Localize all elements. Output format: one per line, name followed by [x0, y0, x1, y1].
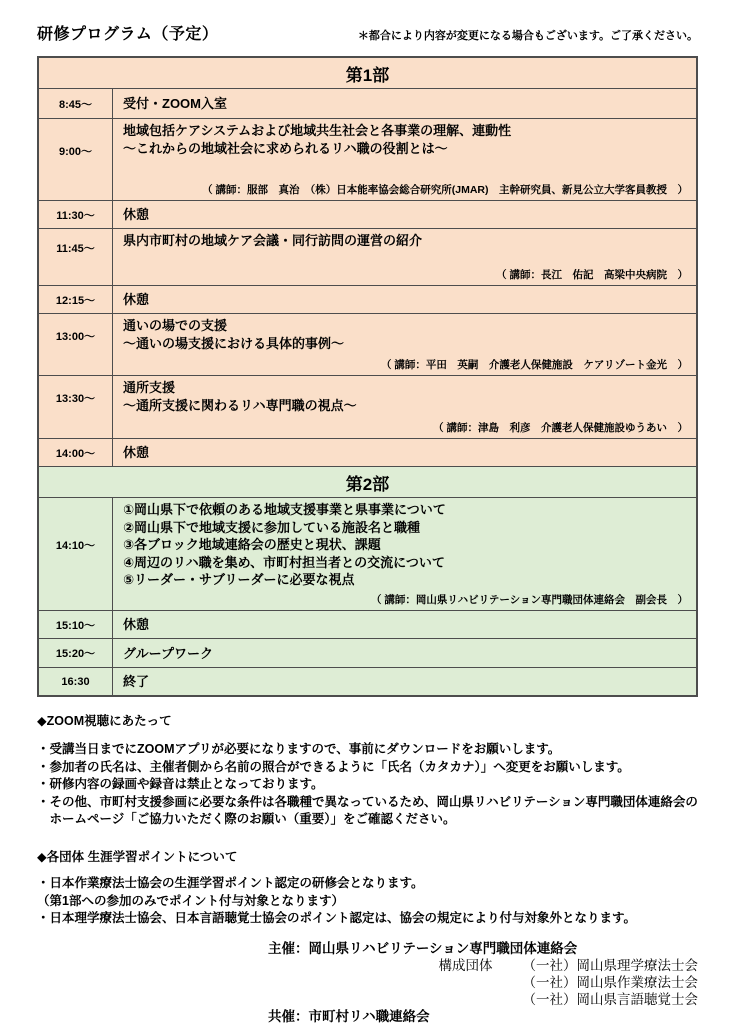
time-cell: 11:30～: [39, 201, 113, 228]
zoom-note-line: ・受講当日までにZOOMアプリが必要になりますので、事前にダウンロードをお願いし…: [37, 741, 698, 759]
member-org: （一社）岡山県言語聴覚士会: [268, 991, 698, 1008]
session-title: 受付・ZOOM入室: [123, 95, 690, 113]
content-cell: 通所支援～通所支援に関わるリハ専門職の視点～（ 講師：津島 利彦 介護老人保健施…: [113, 376, 696, 438]
time-cell: 16:30: [39, 668, 113, 695]
session-title-line: ③各ブロック地域連絡会の歴史と現状、課題: [123, 536, 690, 554]
member-orgs-label: 構成団体: [439, 957, 493, 974]
content-cell: 受付・ZOOM入室: [113, 89, 696, 118]
time-cell: 13:00～: [39, 314, 113, 375]
session-title-line: 通いの場での支援: [123, 317, 690, 335]
session-title-line: 通所支援: [123, 379, 690, 397]
content-cell: ①岡山県下で依頼のある地域支援事業と県事業について②岡山県下で地域支援に参加して…: [113, 498, 696, 610]
session-title: 通いの場での支援～通いの場支援における具体的事例～: [123, 317, 690, 352]
time-cell: 8:45～: [39, 89, 113, 118]
member-org: （一社）岡山県理学療法士会: [523, 957, 699, 974]
zoom-note-line: ・研修内容の録画や録音は禁止となっております。: [37, 776, 698, 794]
content-cell: 地域包括ケアシステムおよび地域共生社会と各事業の理解、連動性～これからの地域社会…: [113, 119, 696, 200]
session-title-line: ～通いの場支援における具体的事例～: [123, 335, 690, 353]
program-table: 第1部8:45～受付・ZOOM入室9:00～地域包括ケアシステムおよび地域共生社…: [37, 56, 698, 697]
document-header: 研修プログラム（予定） ＊都合により内容が変更になる場合もございます。ご了承くだ…: [37, 20, 698, 44]
session-title-line: ⑤リーダー・サブリーダーに必要な視点: [123, 571, 690, 589]
schedule-row: 15:10～休憩: [39, 610, 696, 638]
session-title: 県内市町村の地域ケア会議・同行訪問の運営の紹介: [123, 232, 690, 250]
speaker-line: （ 講師：長江 佑記 高梁中央病院 ）: [123, 268, 690, 283]
time-cell: 14:00～: [39, 439, 113, 466]
session-title: 休憩: [123, 444, 690, 462]
section-header: 第1部: [39, 58, 696, 88]
zoom-section-heading: ◆ZOOM視聴にあたって: [37, 711, 698, 729]
points-section-heading: ◆各団体 生涯学習ポイントについて: [37, 847, 698, 865]
change-notice: ＊都合により内容が変更になる場合もございます。ご了承ください。: [358, 27, 698, 44]
content-cell: 終了: [113, 668, 696, 695]
session-title: ①岡山県下で依頼のある地域支援事業と県事業について②岡山県下で地域支援に参加して…: [123, 501, 690, 589]
time-cell: 9:00～: [39, 119, 113, 200]
member-org: （一社）岡山県作業療法士会: [268, 974, 698, 991]
zoom-note-line: ・参加者の氏名は、主催者側から名前の照合ができるように「氏名（カタカナ）」へ変更…: [37, 759, 698, 777]
session-title-line: 休憩: [123, 444, 690, 462]
session-title-line: 地域包括ケアシステムおよび地域共生社会と各事業の理解、連動性: [123, 122, 690, 140]
session-title-line: ①岡山県下で依頼のある地域支援事業と県事業について: [123, 501, 690, 519]
speaker-line: （ 講師：平田 英嗣 介護老人保健施設 ケアリゾート金光 ）: [123, 358, 690, 373]
time-cell: 12:15～: [39, 286, 113, 313]
zoom-note-line: ・その他、市町村支援参画に必要な条件は各職種で異なっているため、岡山県リハビリテ…: [37, 794, 698, 812]
session-title: 地域包括ケアシステムおよび地域共生社会と各事業の理解、連動性～これからの地域社会…: [123, 122, 690, 157]
session-title: 休憩: [123, 206, 690, 224]
session-title: 休憩: [123, 291, 690, 309]
session-title-line: グループワーク: [123, 645, 690, 663]
cohost-line: 共催：市町村リハ職連絡会: [268, 1008, 698, 1024]
section-header: 第2部: [39, 466, 696, 497]
content-cell: 休憩: [113, 286, 696, 313]
time-cell: 15:10～: [39, 611, 113, 638]
session-title-line: 受付・ZOOM入室: [123, 95, 690, 113]
points-note-line: ・日本理学療法士協会、日本言語聴覚士協会のポイント認定は、協会の規定により付与対…: [37, 910, 698, 928]
session-title-line: 終了: [123, 673, 690, 691]
schedule-row: 14:00～休憩: [39, 438, 696, 466]
session-title-line: ～これからの地域社会に求められるリハ職の役割とは～: [123, 140, 690, 158]
session-title: 通所支援～通所支援に関わるリハ専門職の視点～: [123, 379, 690, 414]
session-title: 終了: [123, 673, 690, 691]
schedule-row: 13:30～通所支援～通所支援に関わるリハ専門職の視点～（ 講師：津島 利彦 介…: [39, 375, 696, 438]
schedule-row: 14:10～①岡山県下で依頼のある地域支援事業と県事業について②岡山県下で地域支…: [39, 497, 696, 610]
content-cell: 休憩: [113, 439, 696, 466]
session-title: 休憩: [123, 616, 690, 634]
content-cell: 休憩: [113, 611, 696, 638]
page-title: 研修プログラム（予定）: [37, 21, 218, 44]
time-cell: 14:10～: [39, 498, 113, 610]
session-title-line: ④周辺のリハ職を集め、市町村担当者との交流について: [123, 554, 690, 572]
points-section-lines: ・日本作業療法士協会の生涯学習ポイント認定の研修会となります。 （第1部への参加…: [37, 875, 698, 928]
content-cell: 通いの場での支援～通いの場支援における具体的事例～（ 講師：平田 英嗣 介護老人…: [113, 314, 696, 375]
schedule-row: 13:00～通いの場での支援～通いの場支援における具体的事例～（ 講師：平田 英…: [39, 313, 696, 375]
points-note-line: ・日本作業療法士協会の生涯学習ポイント認定の研修会となります。: [37, 875, 698, 893]
speaker-line: （ 講師：服部 真治 （株）日本能率協会総合研究所(JMAR) 主幹研究員、新見…: [123, 183, 690, 198]
schedule-row: 12:15～休憩: [39, 285, 696, 313]
speaker-line: （ 講師：津島 利彦 介護老人保健施設ゆうあい ）: [123, 421, 690, 436]
zoom-note-line: ホームページ「ご協力いただく際のお願い（重要）」をご確認ください。: [37, 811, 698, 829]
content-cell: グループワーク: [113, 639, 696, 667]
document-page: 研修プログラム（予定） ＊都合により内容が変更になる場合もございます。ご了承くだ…: [0, 0, 730, 1024]
schedule-row: 15:20～グループワーク: [39, 638, 696, 667]
session-title-line: 休憩: [123, 206, 690, 224]
content-cell: 県内市町村の地域ケア会議・同行訪問の運営の紹介（ 講師：長江 佑記 高梁中央病院…: [113, 229, 696, 285]
session-title-line: 休憩: [123, 291, 690, 309]
time-cell: 15:20～: [39, 639, 113, 667]
schedule-row: 11:30～休憩: [39, 200, 696, 228]
time-cell: 11:45～: [39, 229, 113, 285]
points-note-line: （第1部への参加のみでポイント付与対象となります）: [37, 893, 698, 911]
session-title-line: ～通所支援に関わるリハ専門職の視点～: [123, 397, 690, 415]
zoom-section-lines: ・受講当日までにZOOMアプリが必要になりますので、事前にダウンロードをお願いし…: [37, 741, 698, 829]
schedule-row: 8:45～受付・ZOOM入室: [39, 88, 696, 118]
session-title: グループワーク: [123, 645, 690, 663]
session-title-line: 休憩: [123, 616, 690, 634]
session-title-line: ②岡山県下で地域支援に参加している施設名と職種: [123, 519, 690, 537]
schedule-row: 11:45～県内市町村の地域ケア会議・同行訪問の運営の紹介（ 講師：長江 佑記 …: [39, 228, 696, 285]
session-title-line: 県内市町村の地域ケア会議・同行訪問の運営の紹介: [123, 232, 690, 250]
member-org-row: 構成団体 （一社）岡山県理学療法士会: [268, 957, 698, 974]
schedule-row: 16:30終了: [39, 667, 696, 695]
speaker-line: （ 講師：岡山県リハビリテーション専門職団体連絡会 副会長 ）: [123, 593, 690, 608]
host-line: 主催：岡山県リハビリテーション専門職団体連絡会: [268, 940, 698, 957]
content-cell: 休憩: [113, 201, 696, 228]
schedule-row: 9:00～地域包括ケアシステムおよび地域共生社会と各事業の理解、連動性～これから…: [39, 118, 696, 200]
organizer-footer: 主催：岡山県リハビリテーション専門職団体連絡会 構成団体 （一社）岡山県理学療法…: [268, 940, 698, 1024]
time-cell: 13:30～: [39, 376, 113, 438]
